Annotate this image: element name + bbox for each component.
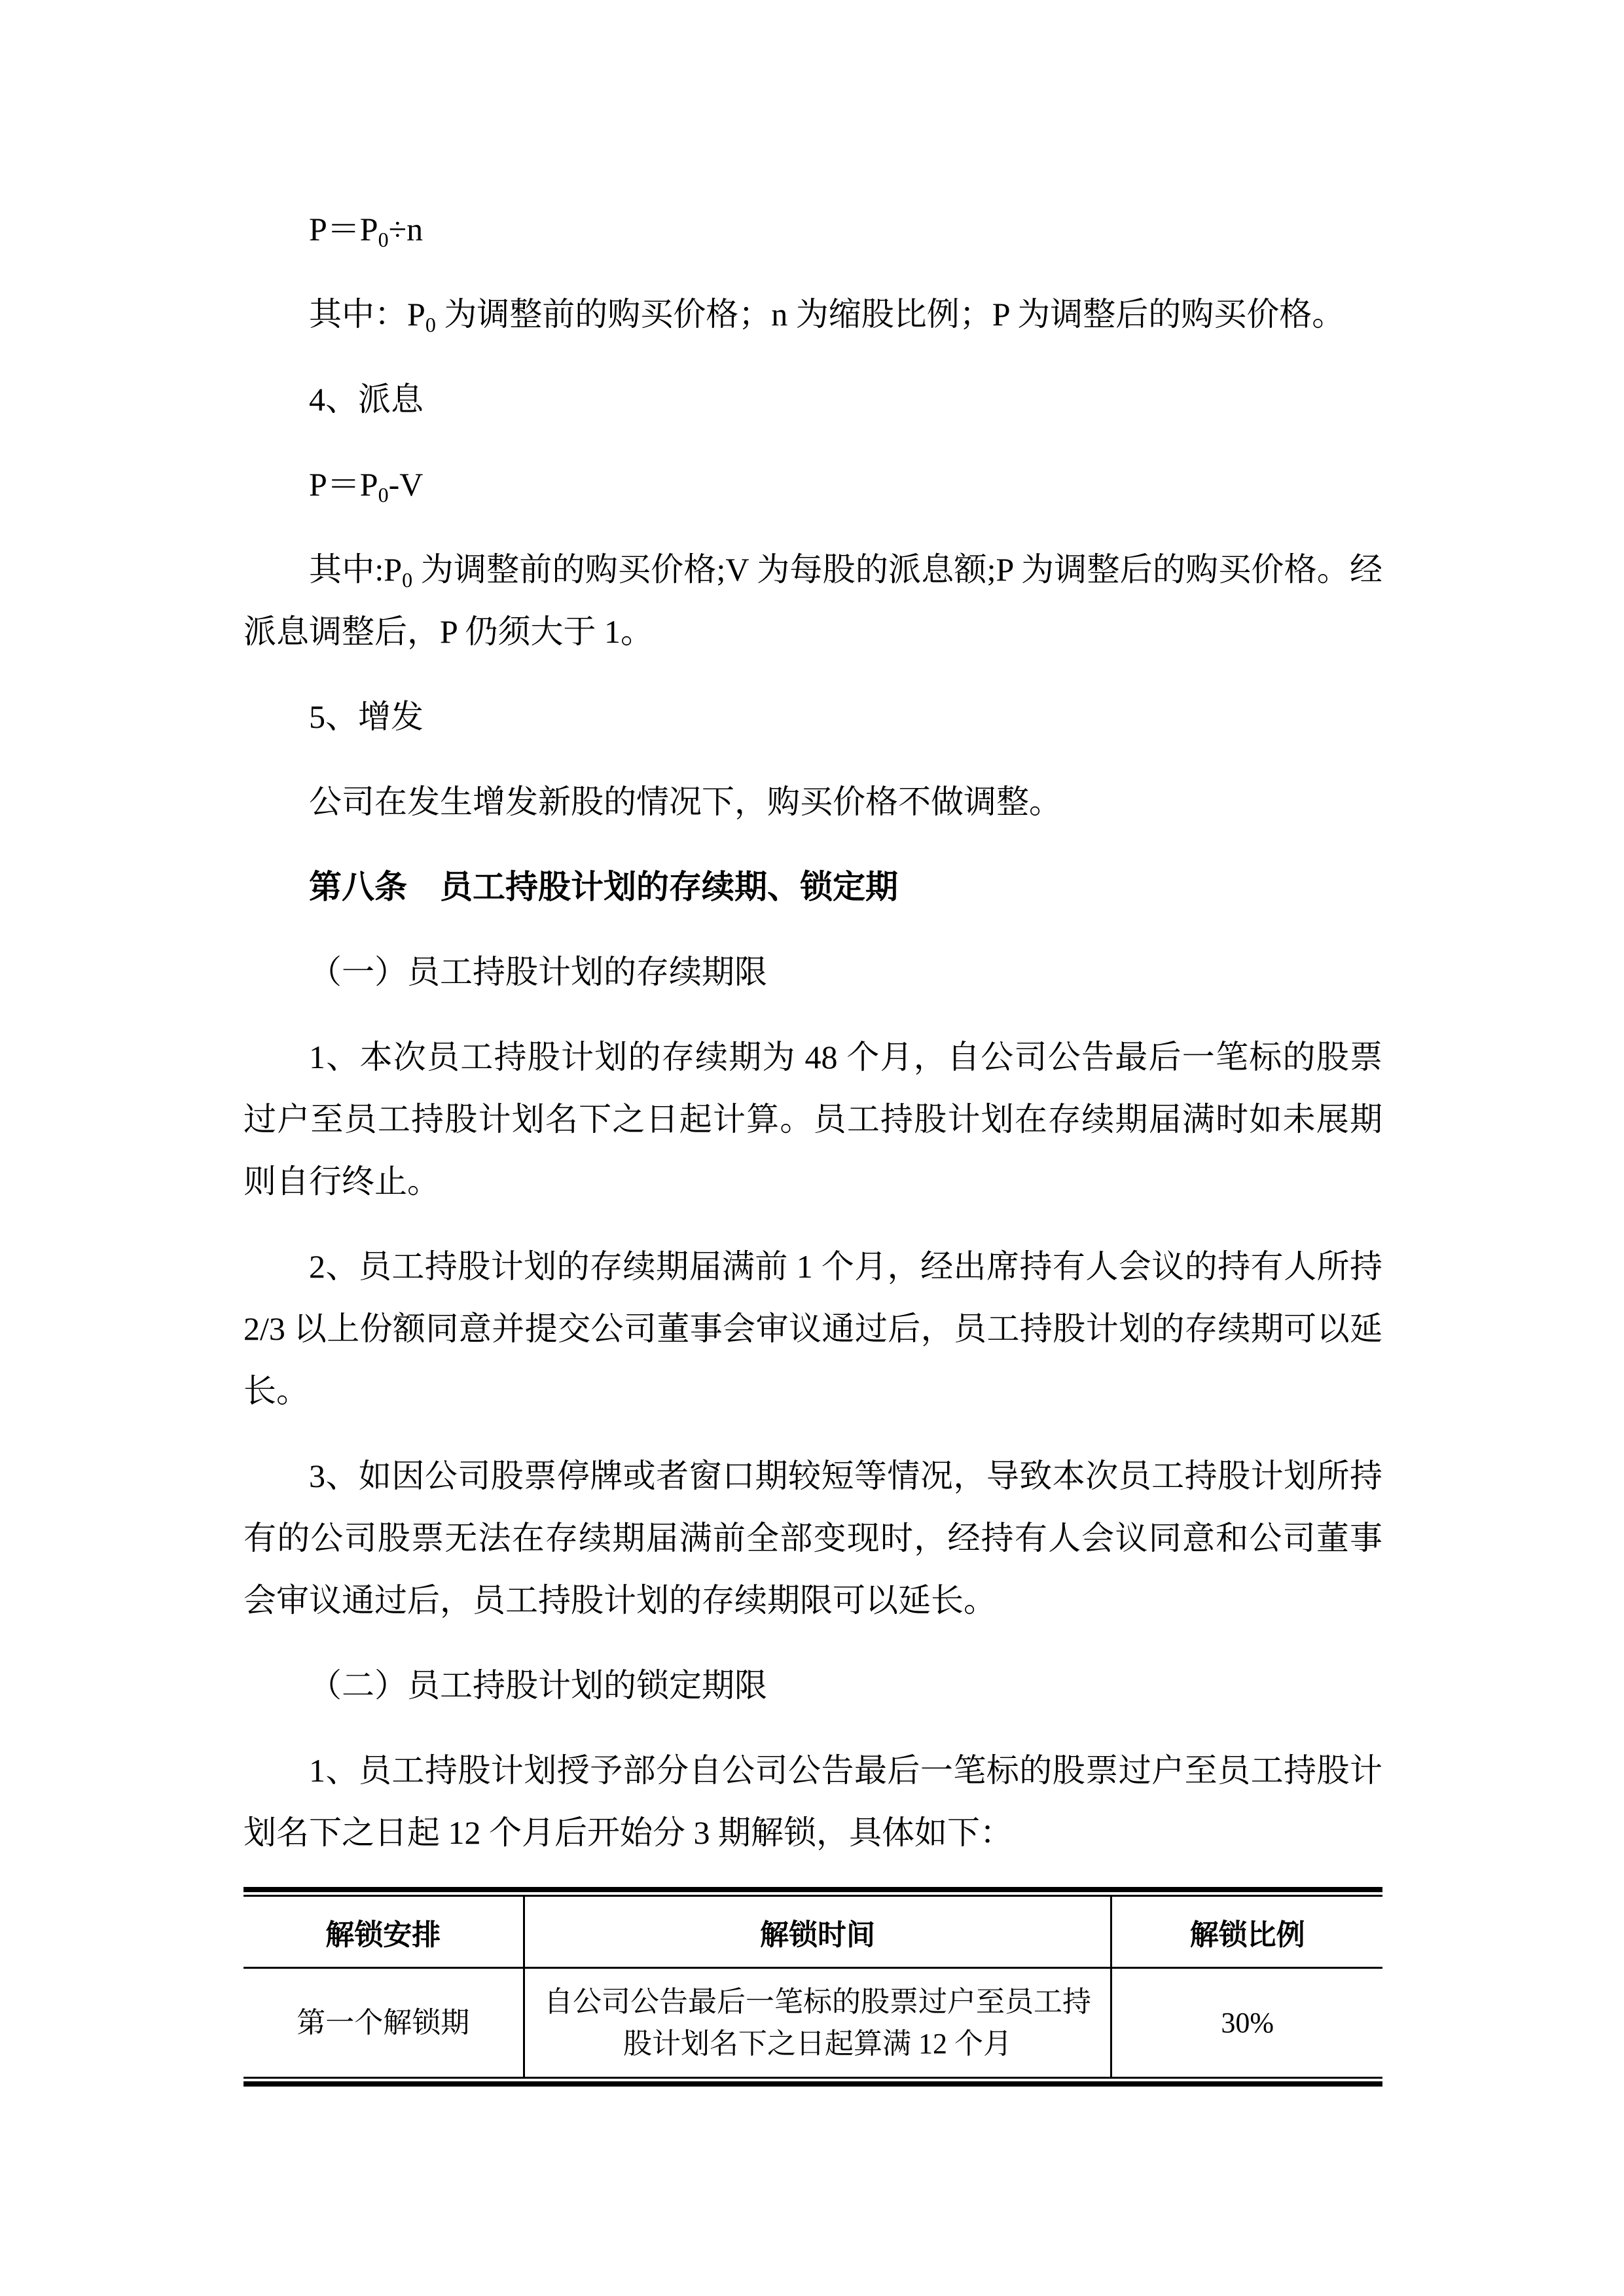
body-paragraph: 公司在发生增发新股的情况下，购买价格不做调整。 bbox=[244, 771, 1382, 833]
body-paragraph: 其中：P0 为调整前的购买价格；n 为缩股比例；P 为调整后的购买价格。 bbox=[244, 283, 1382, 346]
subscript: 0 bbox=[378, 228, 389, 251]
text-run: 1、员工持股计划授予部分自公司公告最后一笔标的股票过户至员工持股计划名下之日起 … bbox=[244, 1752, 1382, 1851]
text-run: 5、增发 bbox=[309, 698, 424, 735]
text-run: ÷n bbox=[389, 211, 423, 247]
body-paragraph: （一）员工持股计划的存续期限 bbox=[244, 941, 1382, 1003]
unlock-table: 解锁安排 解锁时间 解锁比例 第一个解锁期 自公司公告最后一笔标的股票过户至员工… bbox=[244, 1895, 1382, 2079]
unlock-table-head: 解锁安排 解锁时间 解锁比例 bbox=[244, 1896, 1382, 1968]
text-run: （二）员工持股计划的锁定期限 bbox=[309, 1667, 767, 1704]
text-run: P＝P bbox=[309, 466, 378, 503]
document-content: P＝P0÷n其中：P0 为调整前的购买价格；n 为缩股比例；P 为调整后的购买价… bbox=[244, 198, 1382, 2087]
cell-unlock-ratio: 30% bbox=[1111, 1968, 1382, 2078]
text-run: 其中：P bbox=[309, 296, 425, 332]
body-paragraph: 1、员工持股计划授予部分自公司公告最后一笔标的股票过户至员工持股计划名下之日起 … bbox=[244, 1740, 1382, 1864]
table-header-row: 解锁安排 解锁时间 解锁比例 bbox=[244, 1896, 1382, 1968]
document-page: P＝P0÷n其中：P0 为调整前的购买价格；n 为缩股比例；P 为调整后的购买价… bbox=[0, 0, 1624, 2296]
subscript: 0 bbox=[378, 483, 389, 507]
body-paragraph: 5、增发 bbox=[244, 686, 1382, 748]
body-paragraph: 2、员工持股计划的存续期届满前 1 个月，经出席持有人会议的持有人所持 2/3 … bbox=[244, 1236, 1382, 1422]
text-run: 其中:P bbox=[309, 551, 402, 588]
table-header-unlock-arrangement: 解锁安排 bbox=[244, 1896, 524, 1968]
body-paragraph: （二）员工持股计划的锁定期限 bbox=[244, 1655, 1382, 1717]
cell-unlock-time: 自公司公告最后一笔标的股票过户至员工持股计划名下之日起算满 12 个月 bbox=[524, 1968, 1111, 2078]
text-run: （一）员工持股计划的存续期限 bbox=[309, 954, 767, 990]
unlock-schedule-table: 解锁安排 解锁时间 解锁比例 第一个解锁期 自公司公告最后一笔标的股票过户至员工… bbox=[244, 1887, 1382, 2087]
formula: P＝P0-V bbox=[244, 454, 1382, 516]
text-run: 4、派息 bbox=[309, 381, 424, 418]
text-run: 3、如因公司股票停牌或者窗口期较短等情况，导致本次员工持股计划所持有的公司股票无… bbox=[244, 1458, 1382, 1619]
text-run: 为调整前的购买价格；n 为缩股比例；P 为调整后的购买价格。 bbox=[436, 296, 1344, 332]
body-paragraph: 4、派息 bbox=[244, 368, 1382, 431]
subscript: 0 bbox=[402, 568, 412, 592]
subscript: 0 bbox=[425, 313, 436, 336]
body-paragraph: 3、如因公司股票停牌或者窗口期较短等情况，导致本次员工持股计划所持有的公司股票无… bbox=[244, 1445, 1382, 1632]
table-header-unlock-time: 解锁时间 bbox=[524, 1896, 1111, 1968]
formula: P＝P0÷n bbox=[244, 198, 1382, 260]
text-run: 为调整前的购买价格;V 为每股的派息额;P 为调整后的购买价格。经派息调整后，P… bbox=[244, 551, 1382, 650]
text-run: 公司在发生增发新股的情况下，购买价格不做调整。 bbox=[309, 783, 1062, 820]
text-run: -V bbox=[389, 466, 424, 503]
section-heading: 第八条 员工持股计划的存续期、锁定期 bbox=[244, 856, 1382, 918]
unlock-table-body: 第一个解锁期 自公司公告最后一笔标的股票过户至员工持股计划名下之日起算满 12 … bbox=[244, 1968, 1382, 2078]
text-run: 1、本次员工持股计划的存续期为 48 个月，自公司公告最后一笔标的股票过户至员工… bbox=[244, 1039, 1382, 1200]
body-paragraph: 其中:P0 为调整前的购买价格;V 为每股的派息额;P 为调整后的购买价格。经派… bbox=[244, 539, 1382, 663]
paragraph-container: P＝P0÷n其中：P0 为调整前的购买价格；n 为缩股比例；P 为调整后的购买价… bbox=[244, 198, 1382, 1864]
table-row: 第一个解锁期 自公司公告最后一笔标的股票过户至员工持股计划名下之日起算满 12 … bbox=[244, 1968, 1382, 2078]
body-paragraph: 1、本次员工持股计划的存续期为 48 个月，自公司公告最后一笔标的股票过户至员工… bbox=[244, 1026, 1382, 1213]
text-run: 2、员工持股计划的存续期届满前 1 个月，经出席持有人会议的持有人所持 2/3 … bbox=[244, 1248, 1382, 1409]
text-run: 第八条 员工持股计划的存续期、锁定期 bbox=[309, 869, 898, 905]
cell-unlock-period: 第一个解锁期 bbox=[244, 1968, 524, 2078]
text-run: P＝P bbox=[309, 211, 378, 247]
table-header-unlock-ratio: 解锁比例 bbox=[1111, 1896, 1382, 1968]
